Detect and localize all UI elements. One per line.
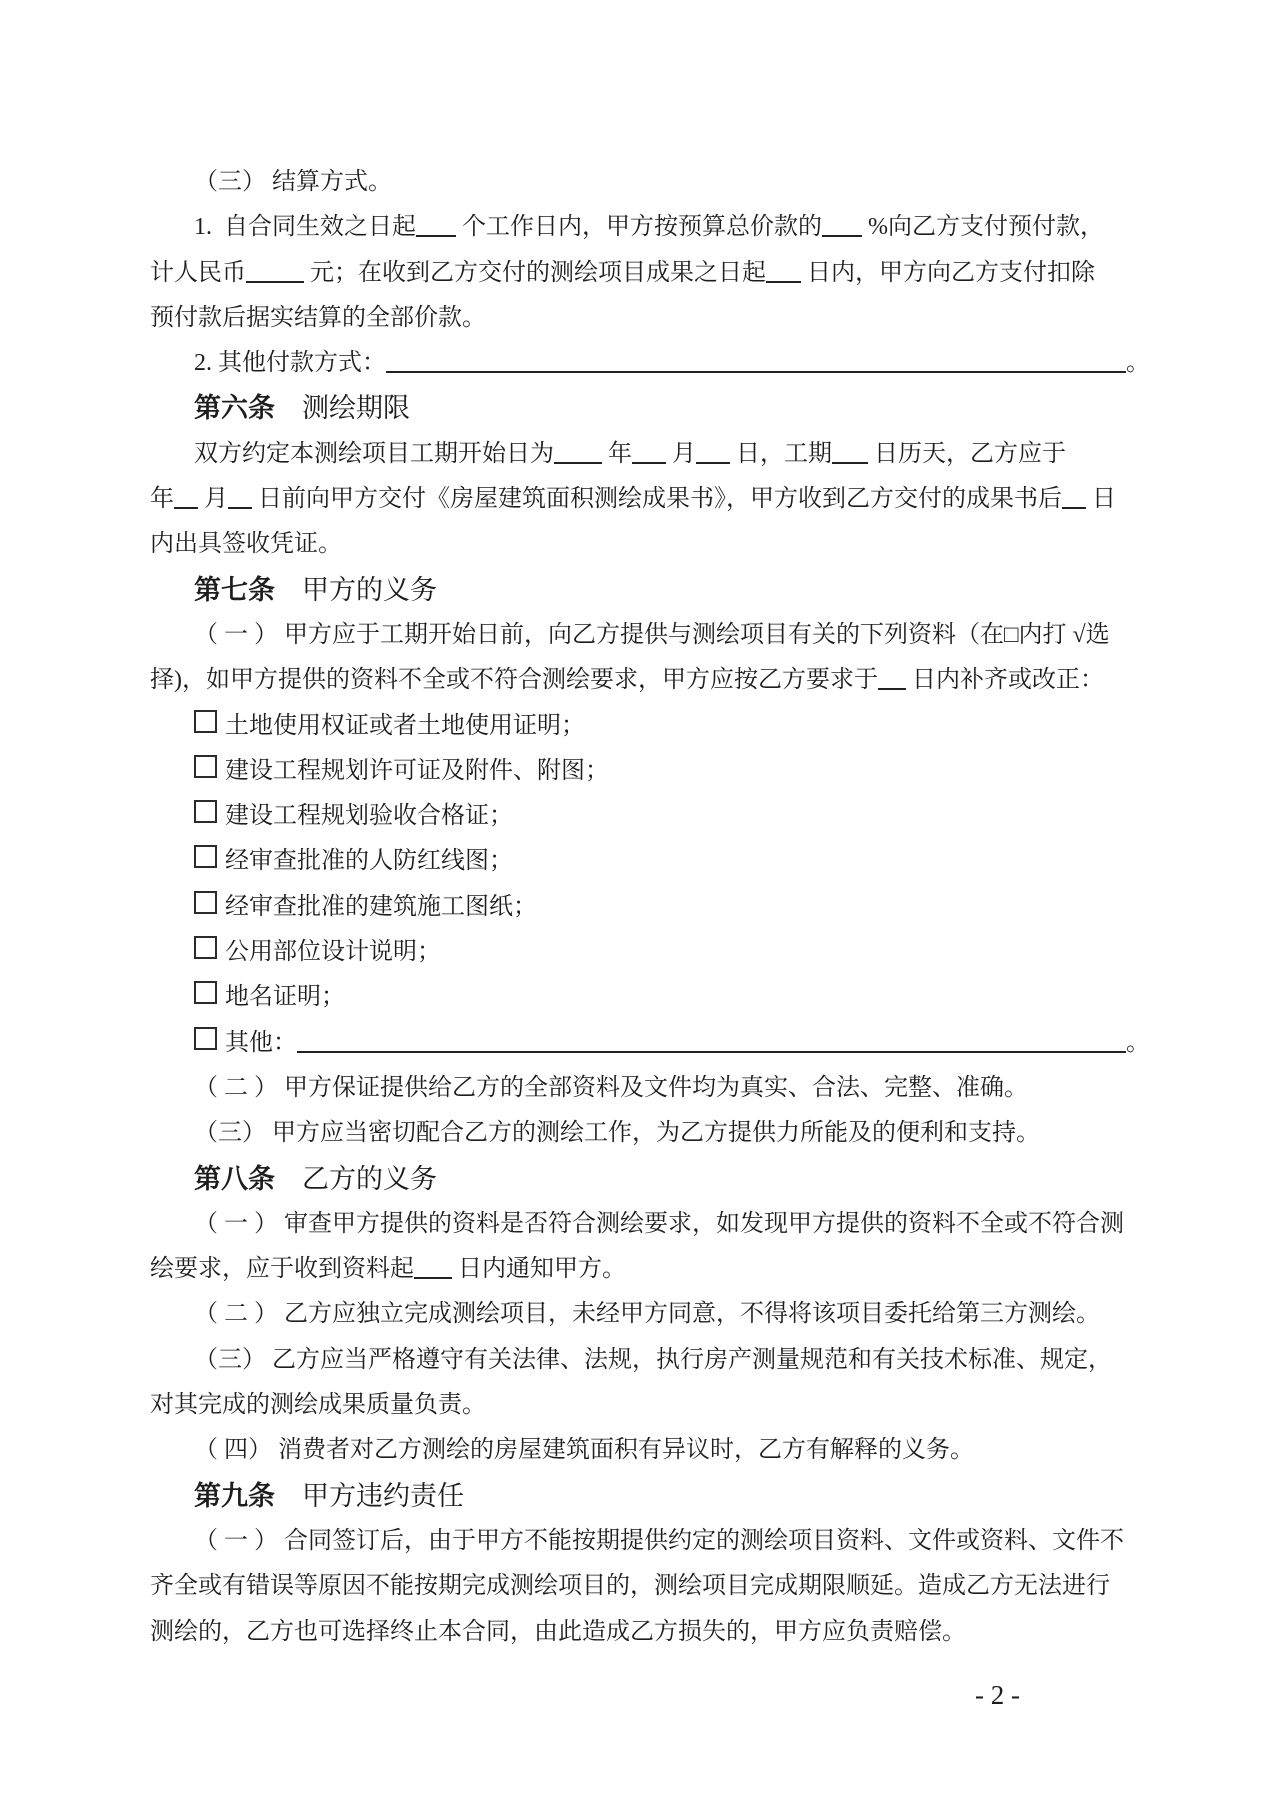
text-run: 乙方的义务 <box>275 1157 437 1202</box>
text-run: 公用部位设计说明； <box>225 930 441 975</box>
blank-fill-in-field <box>414 1276 452 1279</box>
blank-fill-in-line <box>297 1050 1126 1053</box>
text-run: 测绘的，乙方也可选择终止本合同，由此造成乙方损失的，甲方应负责赔偿。 <box>150 1610 966 1655</box>
text-run: 年 <box>150 477 174 522</box>
text-run: （三） 甲方应当密切配合乙方的测绘工作，为乙方提供力所能及的便利和支持。 <box>194 1111 1040 1156</box>
checkbox-icon <box>194 710 217 733</box>
text-run: （ 一 ） 甲方应于工期开始日前，向乙方提供与测绘项目有关的下列资料（在□内打 … <box>194 613 1110 658</box>
article-number: 第九条 <box>194 1474 275 1519</box>
article-6-heading: 第六条 测绘期限 <box>150 386 1150 431</box>
text-run: 个工作日内，甲方按预算总价款的 <box>456 205 822 250</box>
text-run: 日前向甲方交付《房屋建筑面积测绘成果书》，甲方收到乙方交付的成果书后 <box>252 477 1062 522</box>
text-run: 日，工期 <box>730 432 832 477</box>
payment-item-1: 1. 自合同生效之日起 个工作日内，甲方按预算总价款的 %向乙方支付预付款， <box>150 205 1150 250</box>
checklist-land-use-cert: 土地使用权证或者土地使用证明； <box>150 704 1150 749</box>
article-number: 第八条 <box>194 1157 275 1202</box>
text-run: （ 四） 消费者对乙方测绘的房屋建筑面积有异议时，乙方有解释的义务。 <box>194 1428 974 1473</box>
text-run: 元；在收到乙方交付的测绘项目成果之日起 <box>304 251 766 296</box>
blank-fill-in-field <box>228 506 252 509</box>
text-run: （ 二 ） 乙方应独立完成测绘项目，未经甲方同意，不得将该项目委托给第三方测绘。 <box>194 1292 1100 1337</box>
text-run: 地名证明； <box>225 975 345 1020</box>
text-run: 对其完成的测绘成果质量负责。 <box>150 1383 486 1428</box>
article-9-item-1: （ 一 ） 合同签订后，由于甲方不能按期提供约定的测绘项目资料、文件或资料、文件… <box>150 1519 1150 1564</box>
text-run: 日历天，乙方应于 <box>868 432 1066 477</box>
text-run: （三） 结算方式。 <box>194 160 392 205</box>
checkbox-icon <box>194 981 217 1004</box>
text-run: （ 一 ） 审查甲方提供的资料是否符合测绘要求，如发现甲方提供的资料不全或不符合… <box>194 1202 1124 1247</box>
text-run: 日 <box>1086 477 1116 522</box>
blank-fill-in-field <box>246 280 304 283</box>
article-6-para-cont-2: 内出具签收凭证。 <box>150 522 1150 567</box>
text-run: 甲方违约责任 <box>275 1474 464 1519</box>
payment-item-1-cont-2: 预付款后据实结算的全部价款。 <box>150 296 1150 341</box>
blank-fill-in-field <box>1062 506 1086 509</box>
text-run: 土地使用权证或者土地使用证明； <box>225 704 585 749</box>
checkbox-icon <box>194 936 217 959</box>
payment-item-1-cont-1: 计人民币 元；在收到乙方交付的测绘项目成果之日起 日内，甲方向乙方支付扣除 <box>150 251 1150 296</box>
text-run: （三） 乙方应当严格遵守有关法律、法规，执行房产测量规范和有关技术标准、规定， <box>194 1338 1112 1383</box>
text-run: 双方约定本测绘项目工期开始日为 <box>194 432 554 477</box>
article-7-item-2: （ 二 ） 甲方保证提供给乙方的全部资料及文件均为真实、合法、完整、准确。 <box>150 1066 1150 1111</box>
checklist-other: 其他：。 <box>150 1021 1150 1066</box>
article-7-item-3: （三） 甲方应当密切配合乙方的测绘工作，为乙方提供力所能及的便利和支持。 <box>150 1111 1150 1156</box>
text-run: （ 一 ） 合同签订后，由于甲方不能按期提供约定的测绘项目资料、文件或资料、文件… <box>194 1519 1124 1564</box>
checkbox-icon <box>194 891 217 914</box>
text-run: 月 <box>198 477 228 522</box>
text-run: 甲方的义务 <box>275 568 437 613</box>
text-run: 内出具签收凭证。 <box>150 522 342 567</box>
blank-fill-in-field <box>416 234 456 237</box>
text-run: 其他： <box>225 1021 297 1066</box>
checklist-public-area-design: 公用部位设计说明； <box>150 930 1150 975</box>
article-8-item-3-cont: 对其完成的测绘成果质量负责。 <box>150 1383 1150 1428</box>
checkbox-icon <box>194 800 217 823</box>
article-9-item-1-cont-1: 齐全或有错误等原因不能按期完成测绘项目的，测绘项目完成期限顺延。造成乙方无法进行 <box>150 1564 1150 1609</box>
blank-fill-in-field <box>832 461 868 464</box>
text-run: %向乙方支付预付款， <box>862 205 1104 250</box>
blank-fill-in-line <box>386 370 1126 373</box>
article-8-heading: 第八条 乙方的义务 <box>150 1157 1150 1202</box>
blank-fill-in-field <box>554 461 602 464</box>
article-7-item-1: （ 一 ） 甲方应于工期开始日前，向乙方提供与测绘项目有关的下列资料（在□内打 … <box>150 613 1150 658</box>
text-run: 建设工程规划验收合格证； <box>225 794 513 839</box>
text-run: 年 <box>602 432 632 477</box>
article-8-item-1: （ 一 ） 审查甲方提供的资料是否符合测绘要求，如发现甲方提供的资料不全或不符合… <box>150 1202 1150 1247</box>
text-run: 测绘期限 <box>275 386 410 431</box>
checklist-planning-permit: 建设工程规划许可证及附件、附图； <box>150 749 1150 794</box>
article-8-item-3: （三） 乙方应当严格遵守有关法律、法规，执行房产测量规范和有关技术标准、规定， <box>150 1338 1150 1383</box>
blank-fill-in-field <box>822 234 862 237</box>
checklist-civil-defense-redline: 经审查批准的人防红线图； <box>150 839 1150 884</box>
text-run: 经审查批准的建筑施工图纸； <box>225 885 537 930</box>
article-8-item-2: （ 二 ） 乙方应独立完成测绘项目，未经甲方同意，不得将该项目委托给第三方测绘。 <box>150 1292 1150 1337</box>
text-run: 1. 自合同生效之日起 <box>194 205 416 250</box>
article-6-para: 双方约定本测绘项目工期开始日为 年 月 日，工期 日历天，乙方应于 <box>150 432 1150 477</box>
blank-fill-in-field <box>766 280 801 283</box>
article-6-para-cont-1: 年 月 日前向甲方交付《房屋建筑面积测绘成果书》，甲方收到乙方交付的成果书后 日 <box>150 477 1150 522</box>
document-body: （三） 结算方式。1. 自合同生效之日起 个工作日内，甲方按预算总价款的 %向乙… <box>150 160 1150 1655</box>
blank-fill-in-field <box>174 506 198 509</box>
blank-fill-in-field <box>878 687 906 690</box>
text-run: 择)，如甲方提供的资料不全或不符合测绘要求，甲方应按乙方要求于 <box>150 658 878 703</box>
payment-item-2-other: 2. 其他付款方式：。 <box>150 341 1150 386</box>
checklist-planning-acceptance-cert: 建设工程规划验收合格证； <box>150 794 1150 839</box>
text-run: 齐全或有错误等原因不能按期完成测绘项目的，测绘项目完成期限顺延。造成乙方无法进行 <box>150 1564 1110 1609</box>
article-8-item-1-cont: 绘要求，应于收到资料起 日内通知甲方。 <box>150 1247 1150 1292</box>
article-9-item-1-cont-2: 测绘的，乙方也可选择终止本合同，由此造成乙方损失的，甲方应负责赔偿。 <box>150 1610 1150 1655</box>
contract-page: （三） 结算方式。1. 自合同生效之日起 个工作日内，甲方按预算总价款的 %向乙… <box>0 0 1280 1810</box>
text-run: 。 <box>1126 1021 1150 1066</box>
article-7-heading: 第七条 甲方的义务 <box>150 568 1150 613</box>
text-run: 日内通知甲方。 <box>452 1247 626 1292</box>
checkbox-icon <box>194 1027 217 1050</box>
text-run: 2. 其他付款方式： <box>194 341 386 386</box>
blank-fill-in-field <box>696 461 730 464</box>
article-number: 第七条 <box>194 568 275 613</box>
text-run: 经审查批准的人防红线图； <box>225 839 513 884</box>
text-run: 日内补齐或改正： <box>906 658 1104 703</box>
checkbox-icon <box>194 845 217 868</box>
article-number: 第六条 <box>194 386 275 431</box>
text-run: 绘要求，应于收到资料起 <box>150 1247 414 1292</box>
text-run: 计人民币 <box>150 251 246 296</box>
text-run: 月 <box>666 432 696 477</box>
article-9-heading: 第九条 甲方违约责任 <box>150 1474 1150 1519</box>
checkbox-icon <box>194 755 217 778</box>
text-run: 日内，甲方向乙方支付扣除 <box>801 251 1095 296</box>
settlement-method-title: （三） 结算方式。 <box>150 160 1150 205</box>
checklist-construction-drawings: 经审查批准的建筑施工图纸； <box>150 885 1150 930</box>
checklist-place-name-cert: 地名证明； <box>150 975 1150 1020</box>
article-8-item-4: （ 四） 消费者对乙方测绘的房屋建筑面积有异议时，乙方有解释的义务。 <box>150 1428 1150 1473</box>
text-run: 预付款后据实结算的全部价款。 <box>150 296 486 341</box>
article-7-item-1-cont: 择)，如甲方提供的资料不全或不符合测绘要求，甲方应按乙方要求于 日内补齐或改正： <box>150 658 1150 703</box>
text-run: 。 <box>1126 341 1150 386</box>
blank-fill-in-field <box>632 461 666 464</box>
text-run: 建设工程规划许可证及附件、附图； <box>225 749 609 794</box>
text-run: （ 二 ） 甲方保证提供给乙方的全部资料及文件均为真实、合法、完整、准确。 <box>194 1066 1028 1111</box>
page-number: - 2 - <box>975 1680 1020 1711</box>
